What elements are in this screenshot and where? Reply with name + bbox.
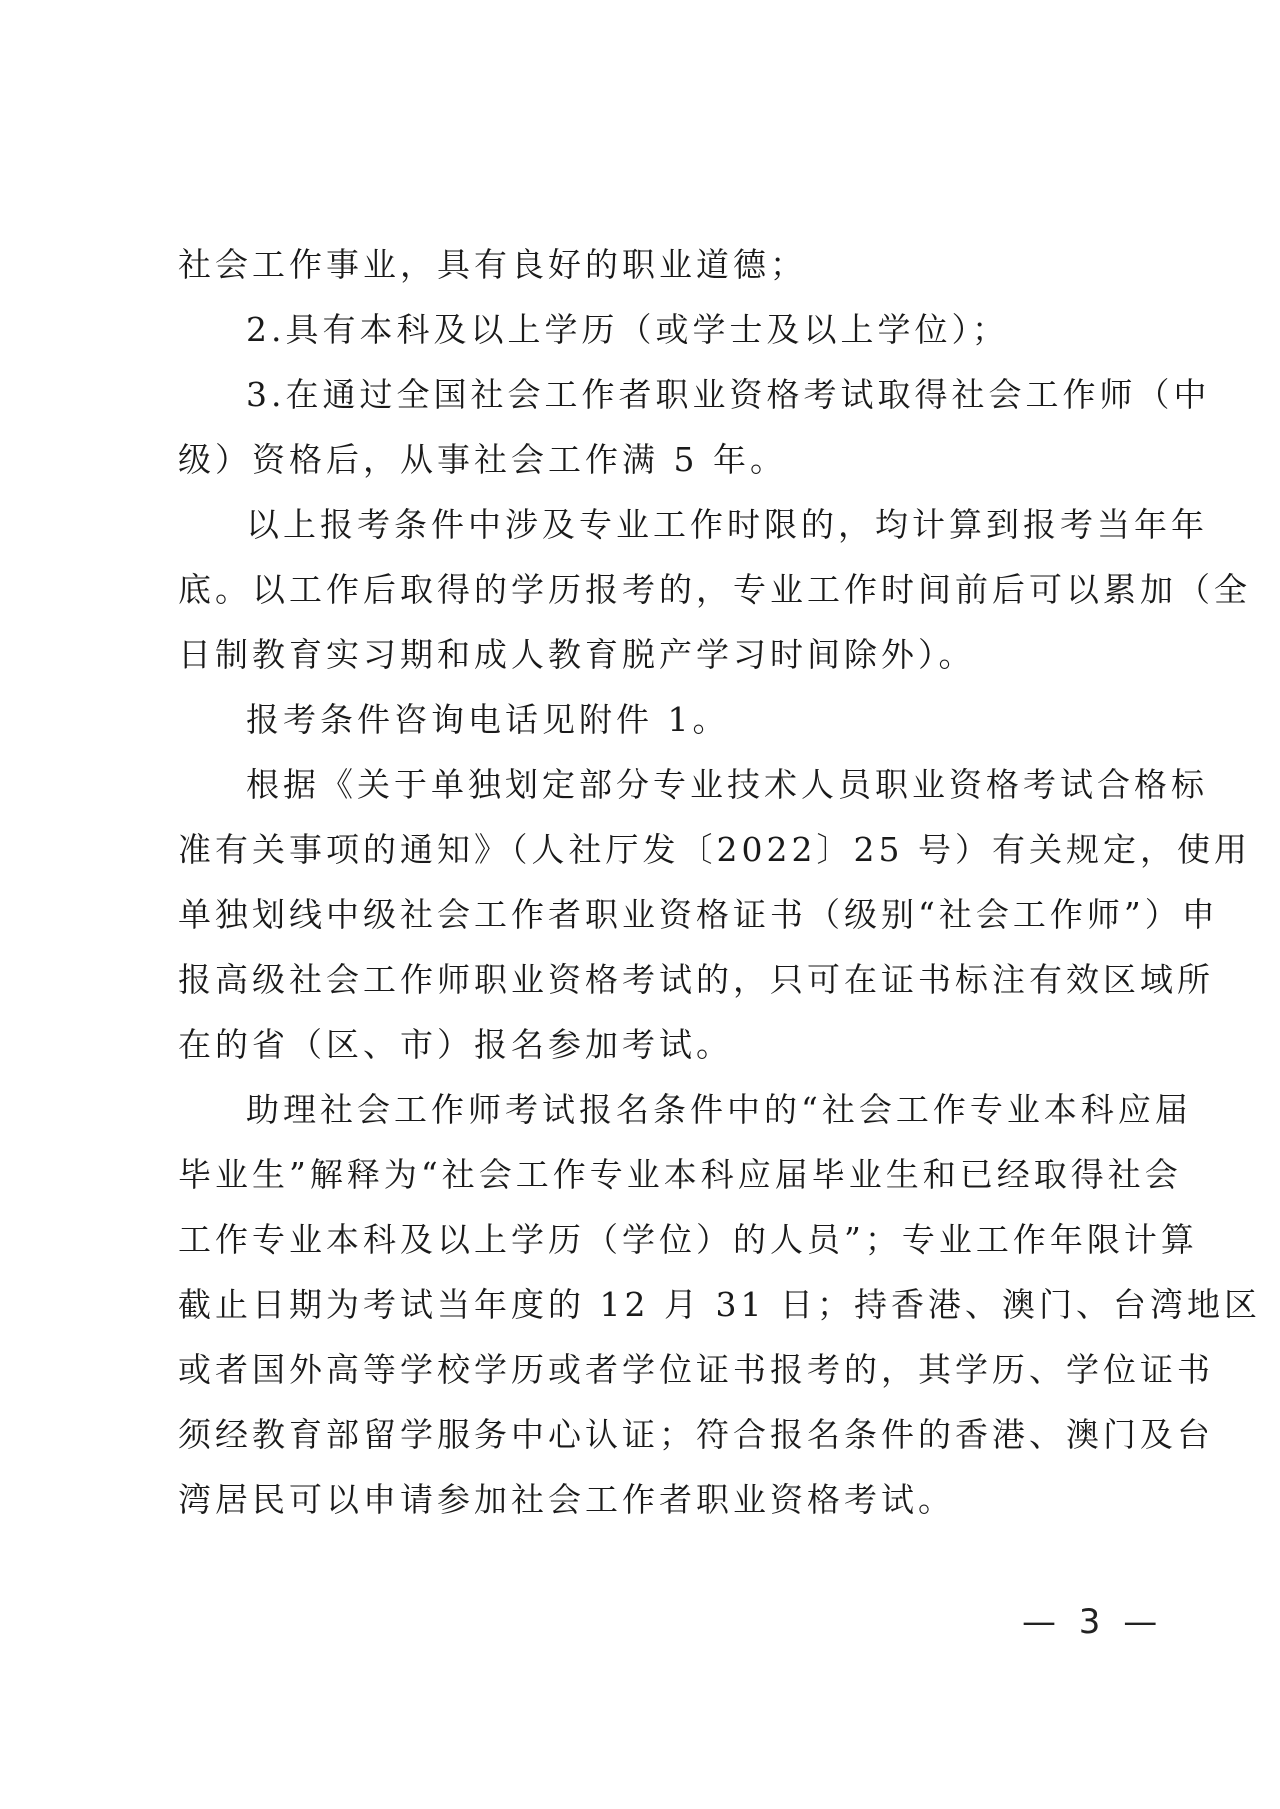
text-line: 湾居民可以申请参加社会工作者职业资格考试。 xyxy=(178,1467,1124,1532)
text-line: 报高级社会工作师职业资格考试的，只可在证书标注有效区域所 xyxy=(178,947,1124,1012)
requirement-item-3: 3.在通过全国社会工作者职业资格考试取得社会工作师（中 xyxy=(178,362,1124,427)
text-line: 级）资格后，从事社会工作满 5 年。 xyxy=(178,427,1124,492)
text-line: 截止日期为考试当年度的 12 月 31 日；持香港、澳门、台湾地区 xyxy=(178,1272,1124,1337)
consultation-note: 报考条件咨询电话见附件 1。 xyxy=(178,687,1124,752)
text-line: 底。以工作后取得的学历报考的，专业工作时间前后可以累加（全 xyxy=(178,557,1124,622)
text-line: 日制教育实习期和成人教育脱产学习时间除外）。 xyxy=(178,622,1124,687)
text-line: 或者国外高等学校学历或者学位证书报考的，其学历、学位证书 xyxy=(178,1337,1124,1402)
text-line: 工作专业本科及以上学历（学位）的人员”；专业工作年限计算 xyxy=(178,1207,1124,1272)
text-line: 社会工作事业，具有良好的职业道德； xyxy=(178,232,1124,297)
document-page: 社会工作事业，具有良好的职业道德； 2.具有本科及以上学历（或学士及以上学位）；… xyxy=(0,0,1280,1809)
requirement-item-2: 2.具有本科及以上学历（或学士及以上学位）； xyxy=(178,297,1124,362)
assistant-exam-paragraph: 助理社会工作师考试报名条件中的“社会工作专业本科应届 xyxy=(178,1077,1124,1142)
certificate-rule-paragraph: 根据《关于单独划定部分专业技术人员职业资格考试合格标 xyxy=(178,752,1124,817)
work-period-note: 以上报考条件中涉及专业工作时限的，均计算到报考当年年 xyxy=(178,492,1124,557)
text-line: 准有关事项的通知》（人社厅发〔2022〕25 号）有关规定，使用 xyxy=(178,817,1124,882)
page-number: — 3 — xyxy=(1022,1598,1163,1646)
document-body: 社会工作事业，具有良好的职业道德； 2.具有本科及以上学历（或学士及以上学位）；… xyxy=(178,232,1124,1532)
text-line: 须经教育部留学服务中心认证；符合报名条件的香港、澳门及台 xyxy=(178,1402,1124,1467)
text-line: 单独划线中级社会工作者职业资格证书（级别“社会工作师”）申 xyxy=(178,882,1124,947)
text-line: 在的省（区、市）报名参加考试。 xyxy=(178,1012,1124,1077)
text-line: 毕业生”解释为“社会工作专业本科应届毕业生和已经取得社会 xyxy=(178,1142,1124,1207)
